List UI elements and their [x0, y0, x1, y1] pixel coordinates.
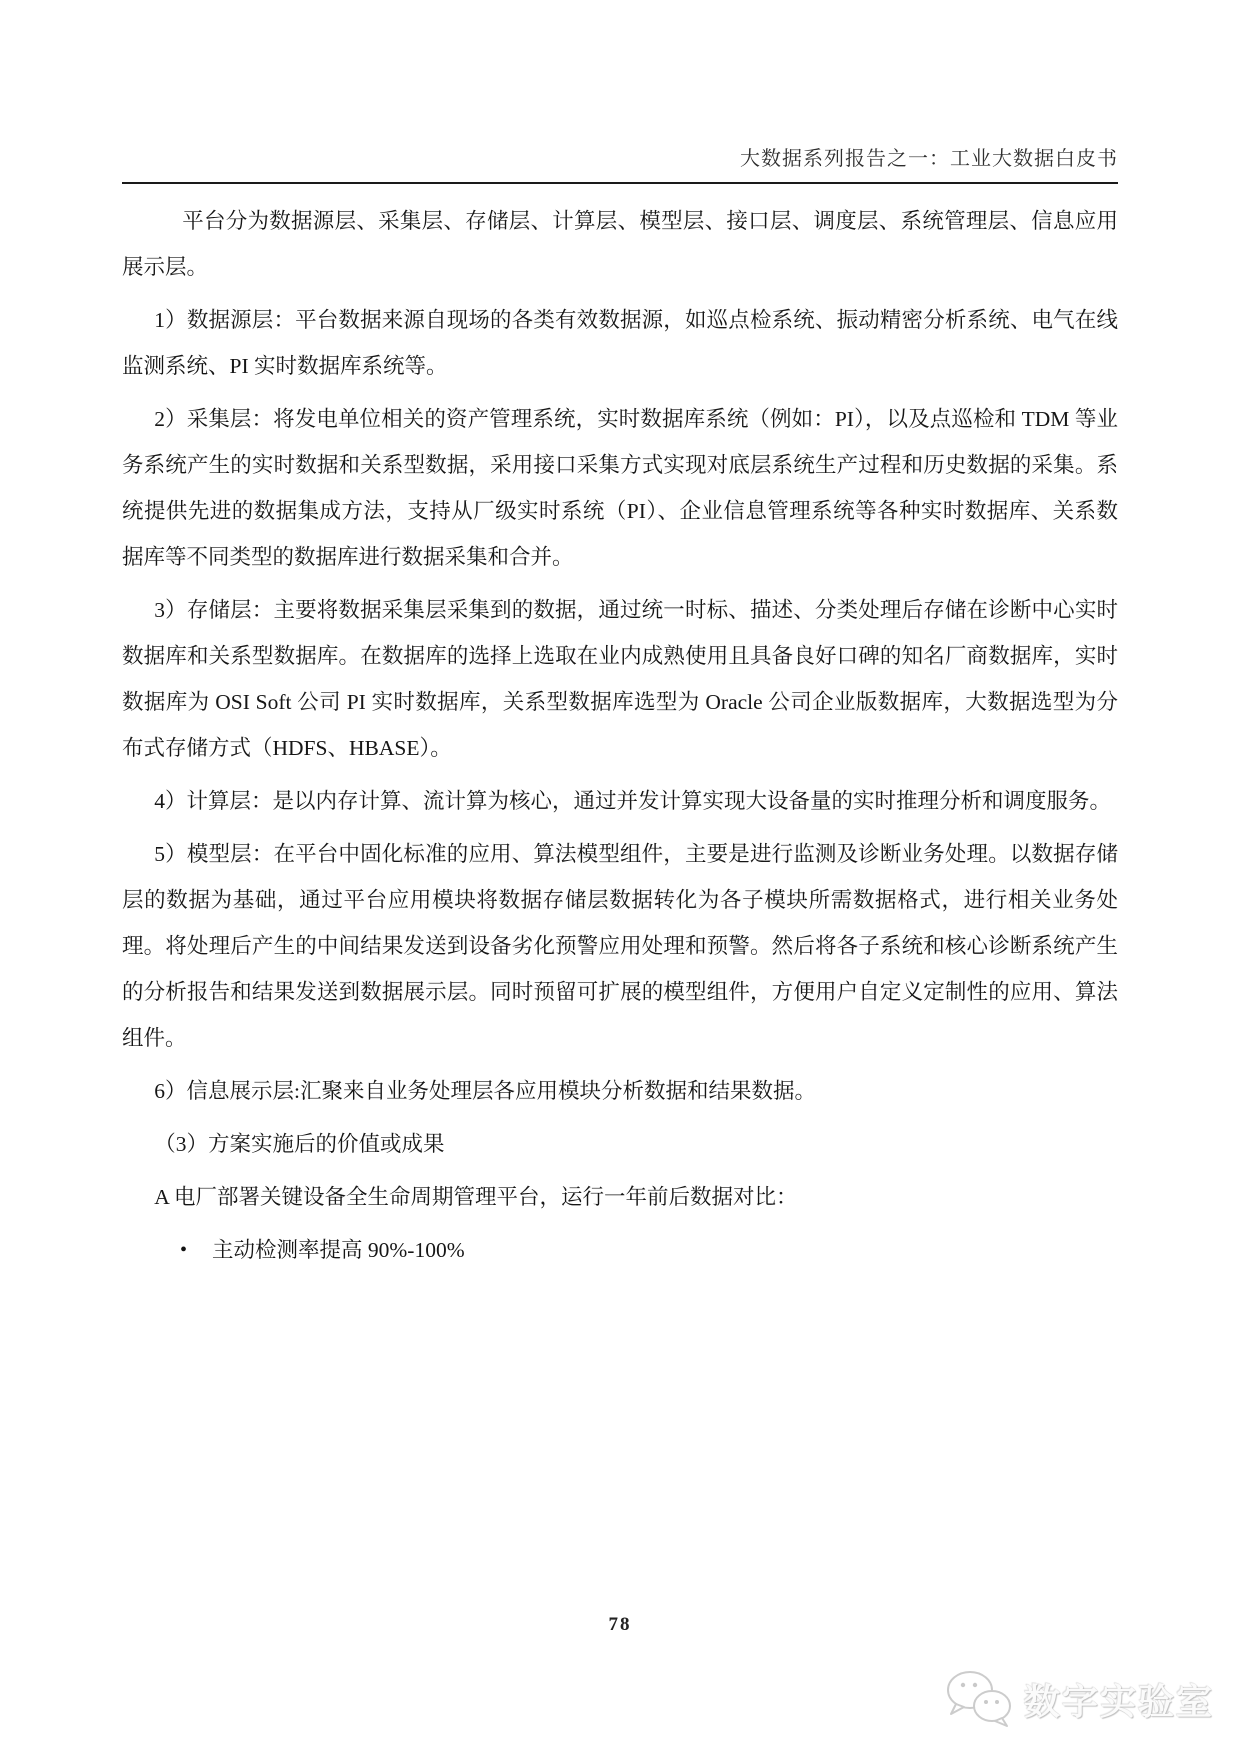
watermark: 数字实验室	[944, 1668, 1214, 1730]
paragraph-intro: 平台分为数据源层、采集层、存储层、计算层、模型层、接口层、调度层、系统管理层、信…	[122, 198, 1118, 290]
paragraph-storage-layer: 3）存储层：主要将数据采集层采集到的数据，通过统一时标、描述、分类处理后存储在诊…	[122, 587, 1118, 771]
bullet-item-detection-rate: • 主动检测率提高 90%-100%	[122, 1227, 1118, 1273]
header-title: 大数据系列报告之一：工业大数据白皮书	[122, 142, 1118, 182]
bullet-dot-icon: •	[180, 1227, 212, 1273]
header-rule	[122, 182, 1118, 184]
paragraph-section-3-heading: （3）方案实施后的价值或成果	[122, 1121, 1118, 1167]
watermark-label: 数字实验室	[1024, 1674, 1214, 1725]
paragraph-plant-comparison: A 电厂部署关键设备全生命周期管理平台，运行一年前后数据对比：	[122, 1174, 1118, 1220]
page-header: 大数据系列报告之一：工业大数据白皮书	[122, 142, 1118, 184]
paragraph-display-layer: 6）信息展示层:汇聚来自业务处理层各应用模块分析数据和结果数据。	[122, 1068, 1118, 1114]
page-number: 78	[0, 1614, 1240, 1636]
paragraph-model-layer: 5）模型层：在平台中固化标准的应用、算法模型组件，主要是进行监测及诊断业务处理。…	[122, 831, 1118, 1061]
document-page: 大数据系列报告之一：工业大数据白皮书 平台分为数据源层、采集层、存储层、计算层、…	[0, 0, 1240, 1754]
paragraph-data-source-layer: 1）数据源层：平台数据来源自现场的各类有效数据源，如巡点检系统、振动精密分析系统…	[122, 297, 1118, 389]
bullet-item-text: 主动检测率提高 90%-100%	[212, 1227, 1118, 1273]
document-body: 平台分为数据源层、采集层、存储层、计算层、模型层、接口层、调度层、系统管理层、信…	[122, 198, 1118, 1273]
paragraph-computing-layer: 4）计算层：是以内存计算、流计算为核心，通过并发计算实现大设备量的实时推理分析和…	[122, 778, 1118, 824]
wechat-chat-bubbles-icon	[944, 1668, 1014, 1730]
paragraph-collection-layer: 2）采集层：将发电单位相关的资产管理系统，实时数据库系统（例如：PI），以及点巡…	[122, 396, 1118, 580]
